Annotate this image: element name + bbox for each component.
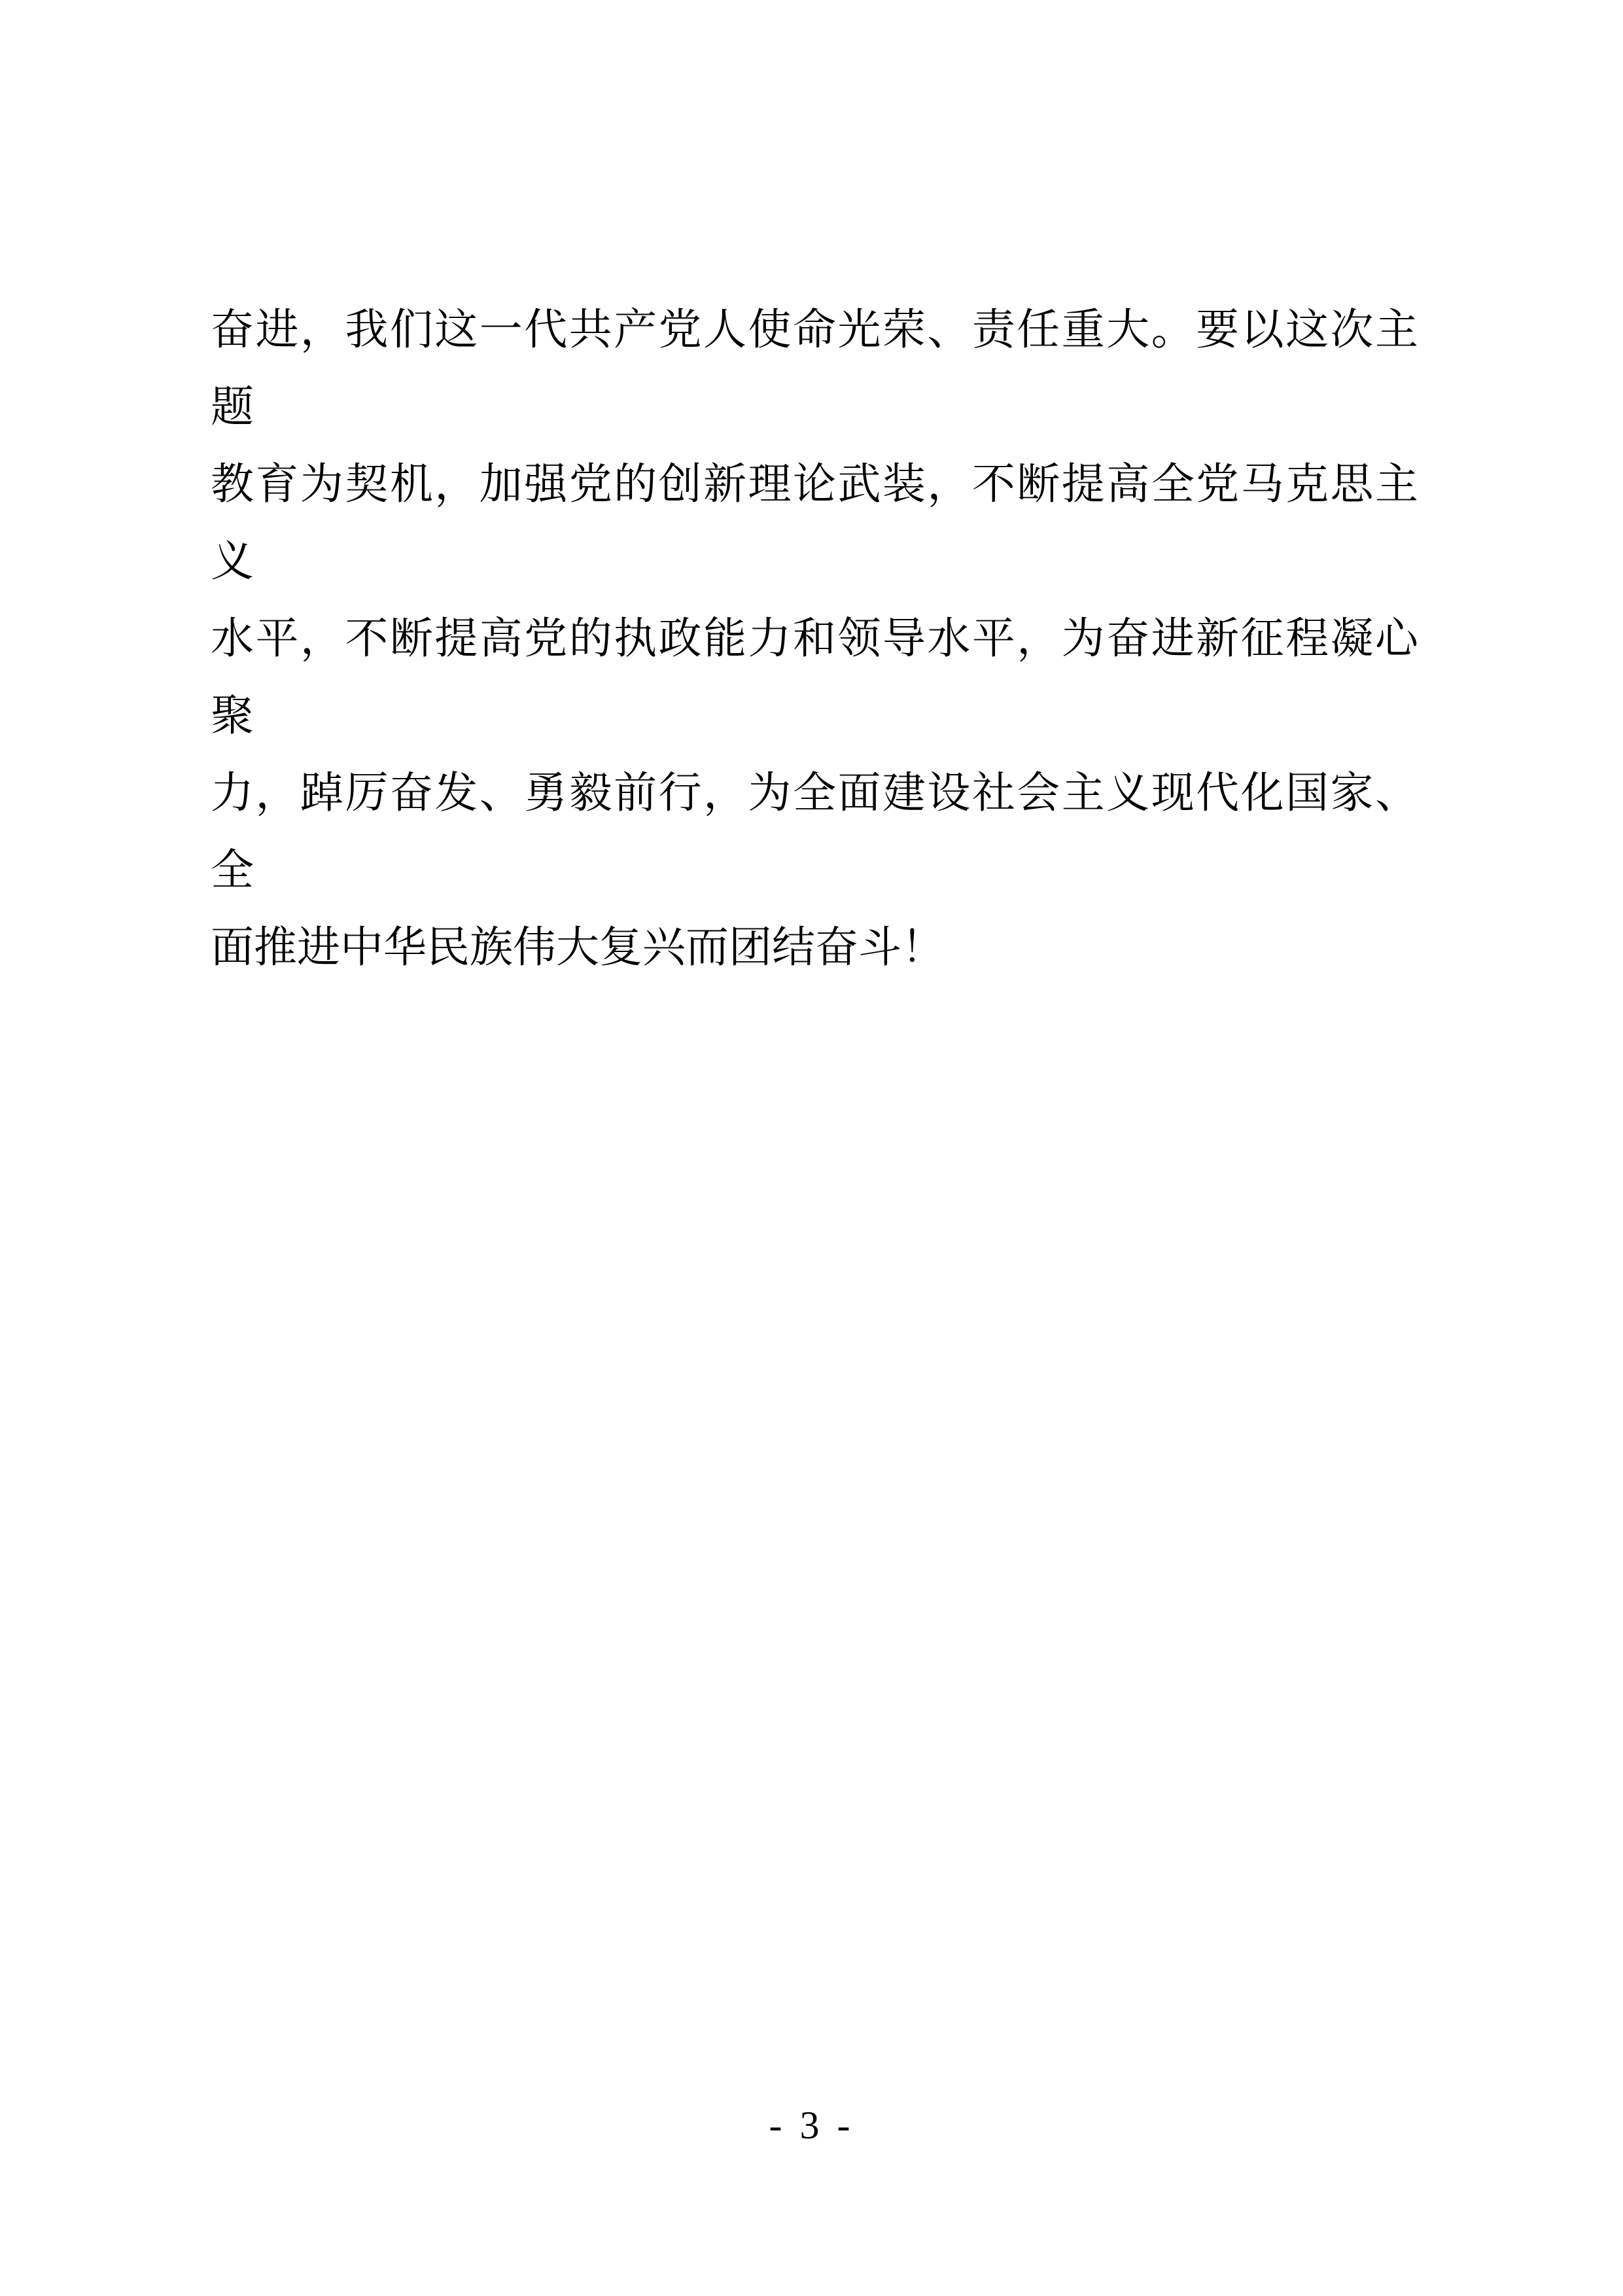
paragraph-line-2: 教育为契机，加强党的创新理论武装，不断提高全党马克思主义 [211, 446, 1418, 601]
document-page: 奋进，我们这一代共产党人使命光荣、责任重大。要以这次主题 教育为契机，加强党的创… [0, 0, 1623, 2296]
paragraph-line-3: 水平，不断提高党的执政能力和领导水平，为奋进新征程凝心聚 [211, 601, 1418, 755]
paragraph-line-5: 面推进中华民族伟大复兴而团结奋斗！ [211, 910, 1418, 987]
page-number: - 3 - [0, 2103, 1623, 2148]
body-paragraph: 奋进，我们这一代共产党人使命光荣、责任重大。要以这次主题 教育为契机，加强党的创… [211, 292, 1418, 987]
paragraph-line-4: 力，踔厉奋发、勇毅前行，为全面建设社会主义现代化国家、全 [211, 755, 1418, 910]
paragraph-line-1: 奋进，我们这一代共产党人使命光荣、责任重大。要以这次主题 [211, 292, 1418, 446]
